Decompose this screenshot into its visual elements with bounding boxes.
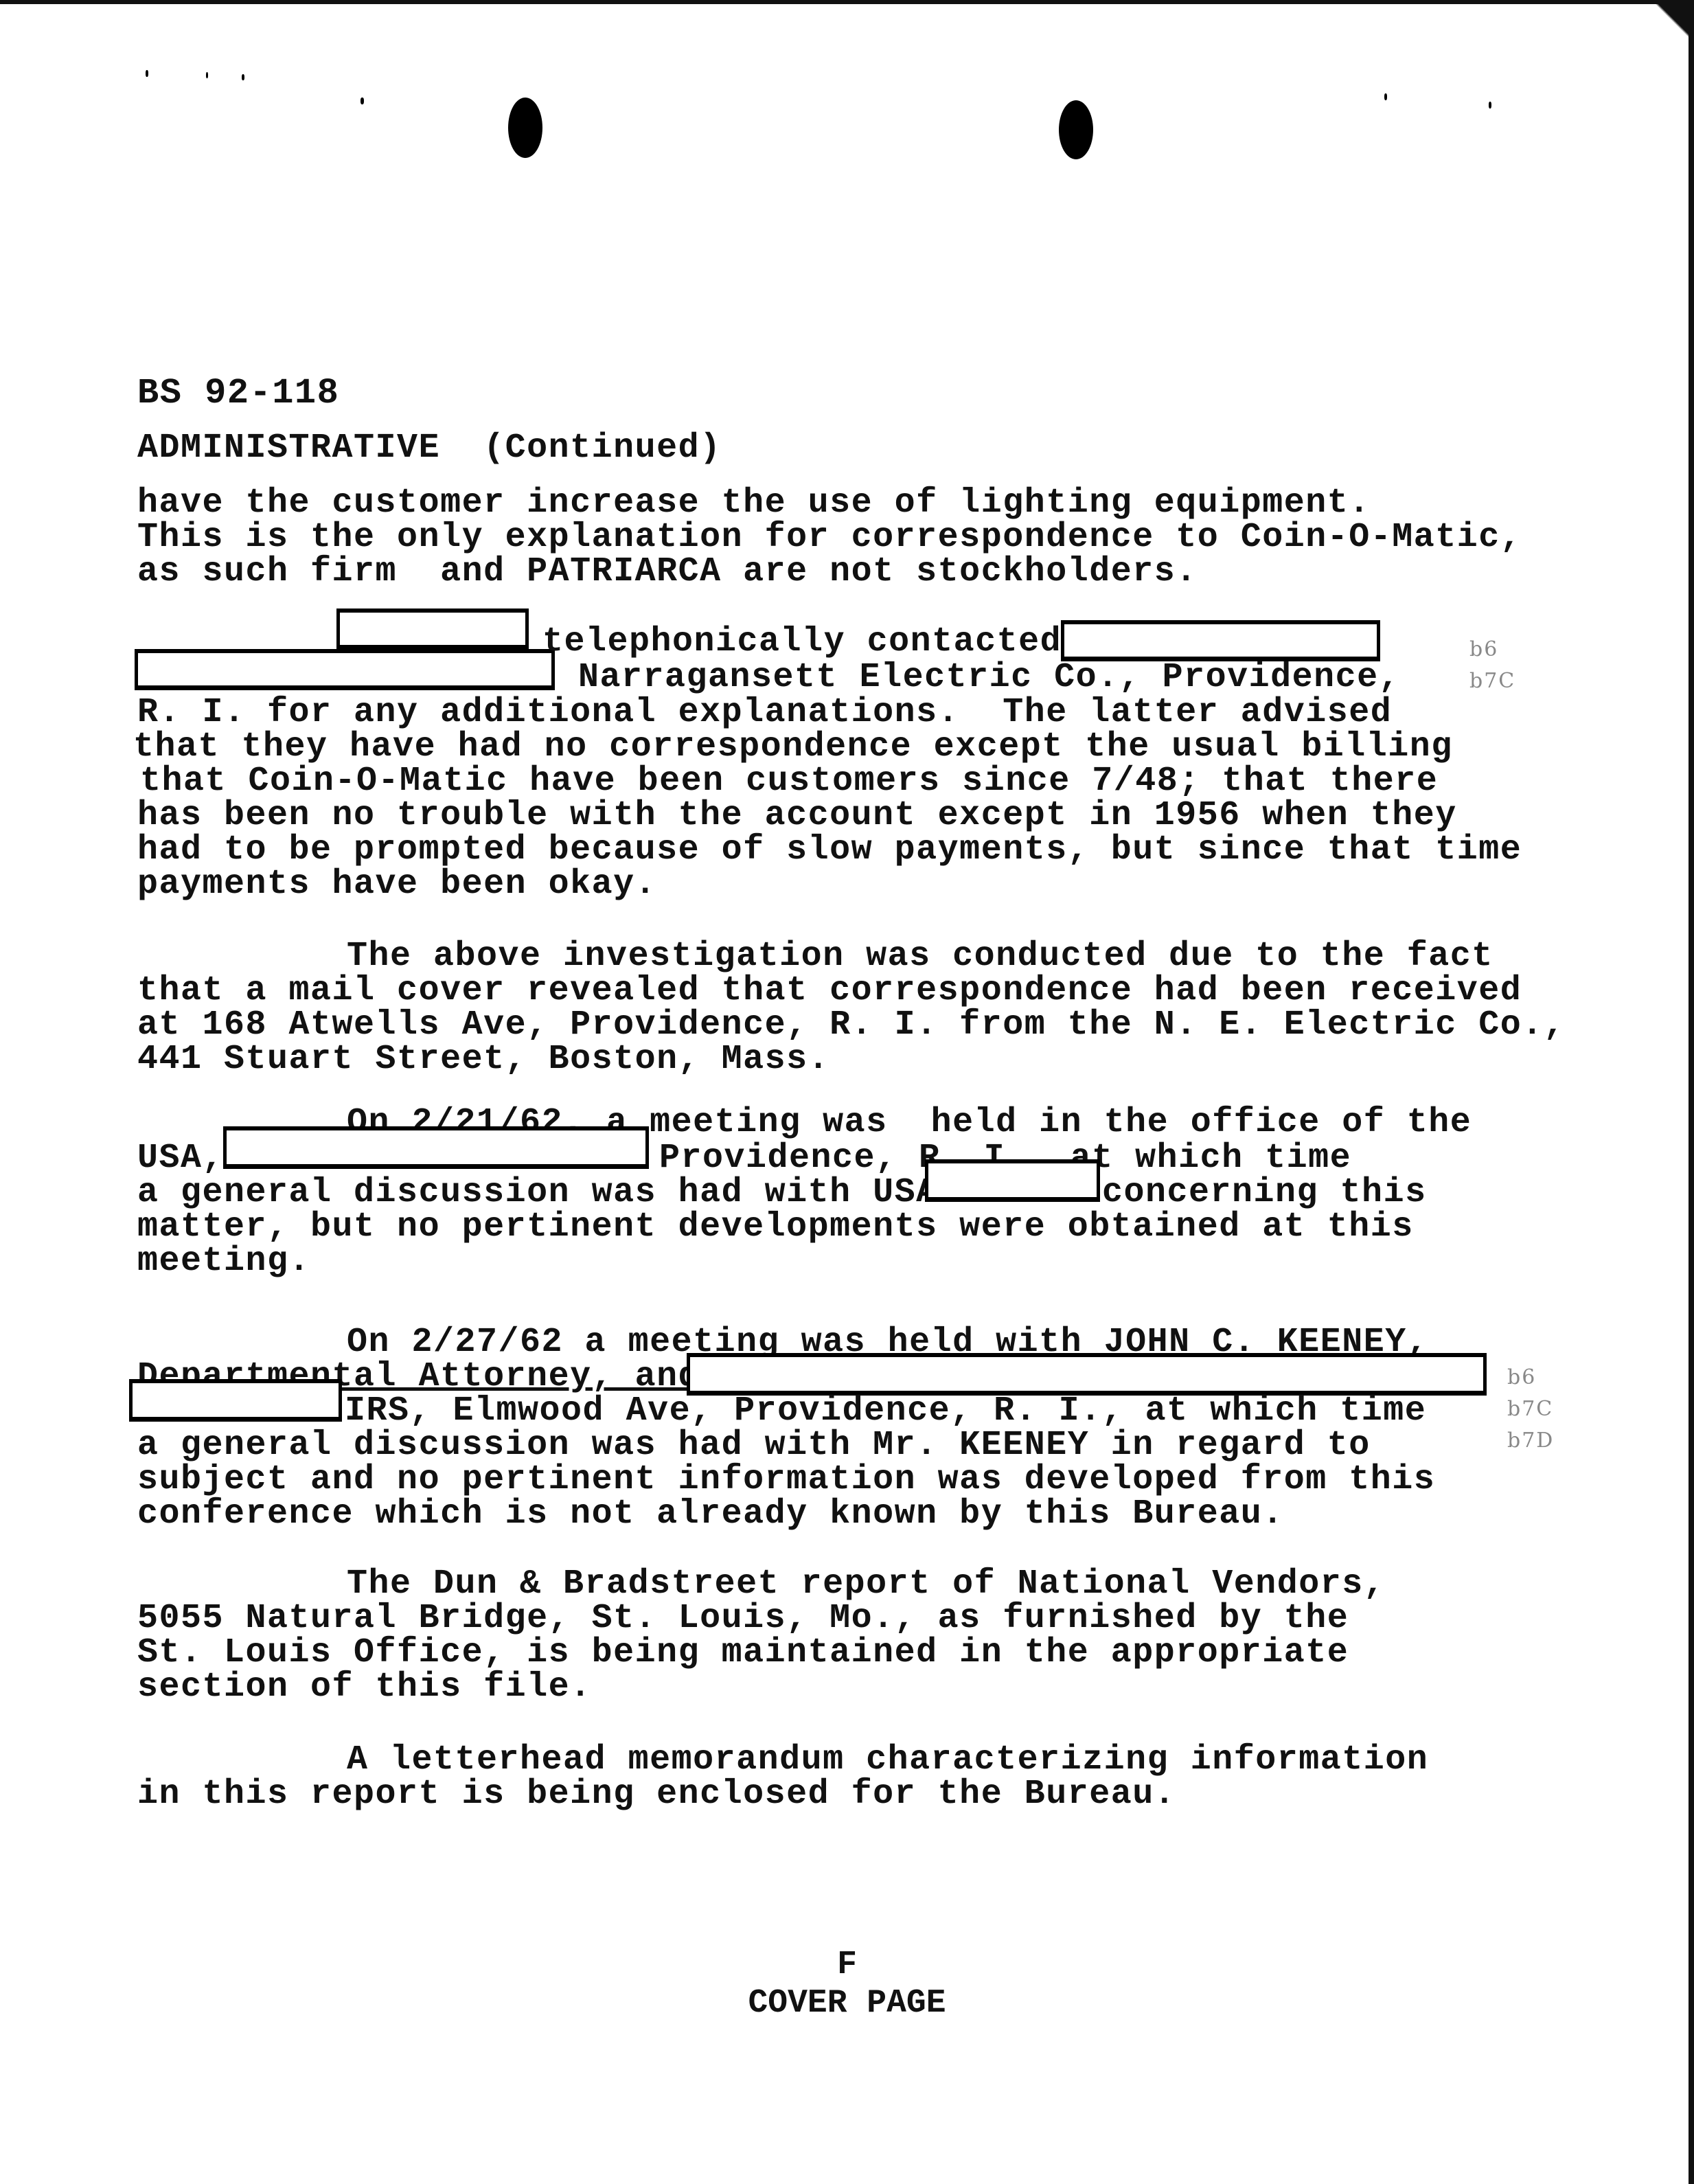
paragraph-5-line-5: subject and no pertinent information was… [137, 1463, 1435, 1497]
scan-edge-right [1689, 0, 1694, 2184]
redaction-box [925, 1159, 1100, 1202]
paragraph-2-line-1: telephonically contacted [542, 625, 1062, 659]
paragraph-5-line-6: conference which is not already known by… [137, 1497, 1284, 1532]
redaction-box [1061, 620, 1380, 661]
redaction-box [687, 1353, 1487, 1396]
redaction-box [129, 1379, 342, 1422]
paragraph-2-line-7: had to be prompted because of slow payme… [137, 833, 1522, 867]
paragraph-2-line-2: Narragansett Electric Co., Providence, [578, 661, 1400, 695]
exemption-code: b6 [1469, 637, 1498, 662]
speck [242, 74, 244, 80]
paragraph-4-line-2a: USA, [137, 1141, 224, 1176]
paragraph-3-line-2: that a mail cover revealed that correspo… [137, 974, 1522, 1008]
paragraph-6-line-3: St. Louis Office, is being maintained in… [137, 1636, 1349, 1670]
paragraph-4-line-4: matter, but no pertinent developments we… [137, 1210, 1414, 1244]
footer-letter: F [0, 1946, 1694, 1983]
paragraph-3-line-1: The above investigation was conducted du… [347, 940, 1493, 974]
scan-edge-top [0, 0, 1694, 4]
paragraph-1-line-1: have the customer increase the use of li… [137, 486, 1371, 521]
redaction-box [135, 649, 555, 690]
paragraph-7-line-2: in this report is being enclosed for the… [137, 1777, 1176, 1812]
redaction-box [336, 608, 529, 650]
folded-corner [1653, 0, 1694, 41]
redaction-box [223, 1126, 649, 1169]
exemption-code: b7D [1507, 1429, 1554, 1453]
paragraph-4-line-3b: concerning this [1102, 1176, 1427, 1210]
paragraph-2-line-3: R. I. for any additional explanations. T… [137, 696, 1392, 730]
file-number: BS 92-118 [137, 376, 339, 411]
punch-hole-left [508, 98, 542, 158]
exemption-code: b7C [1507, 1397, 1553, 1422]
speck [206, 72, 208, 78]
footer-label: COVER PAGE [0, 1985, 1694, 2022]
paragraph-2-line-8: payments have been okay. [137, 867, 656, 902]
speck [146, 70, 148, 77]
section-heading: ADMINISTRATIVE (Continued) [137, 431, 722, 466]
paragraph-1-line-3: as such firm and PATRIARCA are not stock… [137, 555, 1198, 589]
paragraph-7-line-1: A letterhead memorandum characterizing i… [347, 1743, 1428, 1777]
paragraph-6-line-1: The Dun & Bradstreet report of National … [347, 1567, 1385, 1602]
paragraph-6-line-4: section of this file. [137, 1670, 592, 1705]
speck [1384, 93, 1387, 100]
paragraph-2-line-6: has been no trouble with the account exc… [137, 799, 1457, 833]
exemption-code: b6 [1507, 1365, 1536, 1390]
paragraph-1-line-2: This is the only explanation for corresp… [137, 521, 1522, 555]
exemption-code: b7C [1469, 669, 1515, 694]
paragraph-5-line-3: IRS, Elmwood Ave, Providence, R. I., at … [345, 1394, 1426, 1429]
punch-hole-right [1059, 100, 1093, 159]
paragraph-2-line-4: that they have had no correspondence exc… [133, 730, 1453, 764]
speck [360, 98, 364, 104]
paragraph-3-line-4: 441 Stuart Street, Boston, Mass. [137, 1043, 829, 1077]
paragraph-4-line-5: meeting. [137, 1244, 310, 1279]
paragraph-6-line-2: 5055 Natural Bridge, St. Louis, Mo., as … [137, 1602, 1349, 1636]
paragraph-2-line-5: that Coin-O-Matic have been customers si… [140, 764, 1438, 799]
paragraph-5-line-4: a general discussion was had with Mr. KE… [137, 1429, 1371, 1463]
speck [1489, 102, 1491, 109]
paragraph-4-line-3a: a general discussion was had with USA [137, 1176, 938, 1210]
paragraph-3-line-3: at 168 Atwells Ave, Providence, R. I. fr… [137, 1008, 1565, 1043]
